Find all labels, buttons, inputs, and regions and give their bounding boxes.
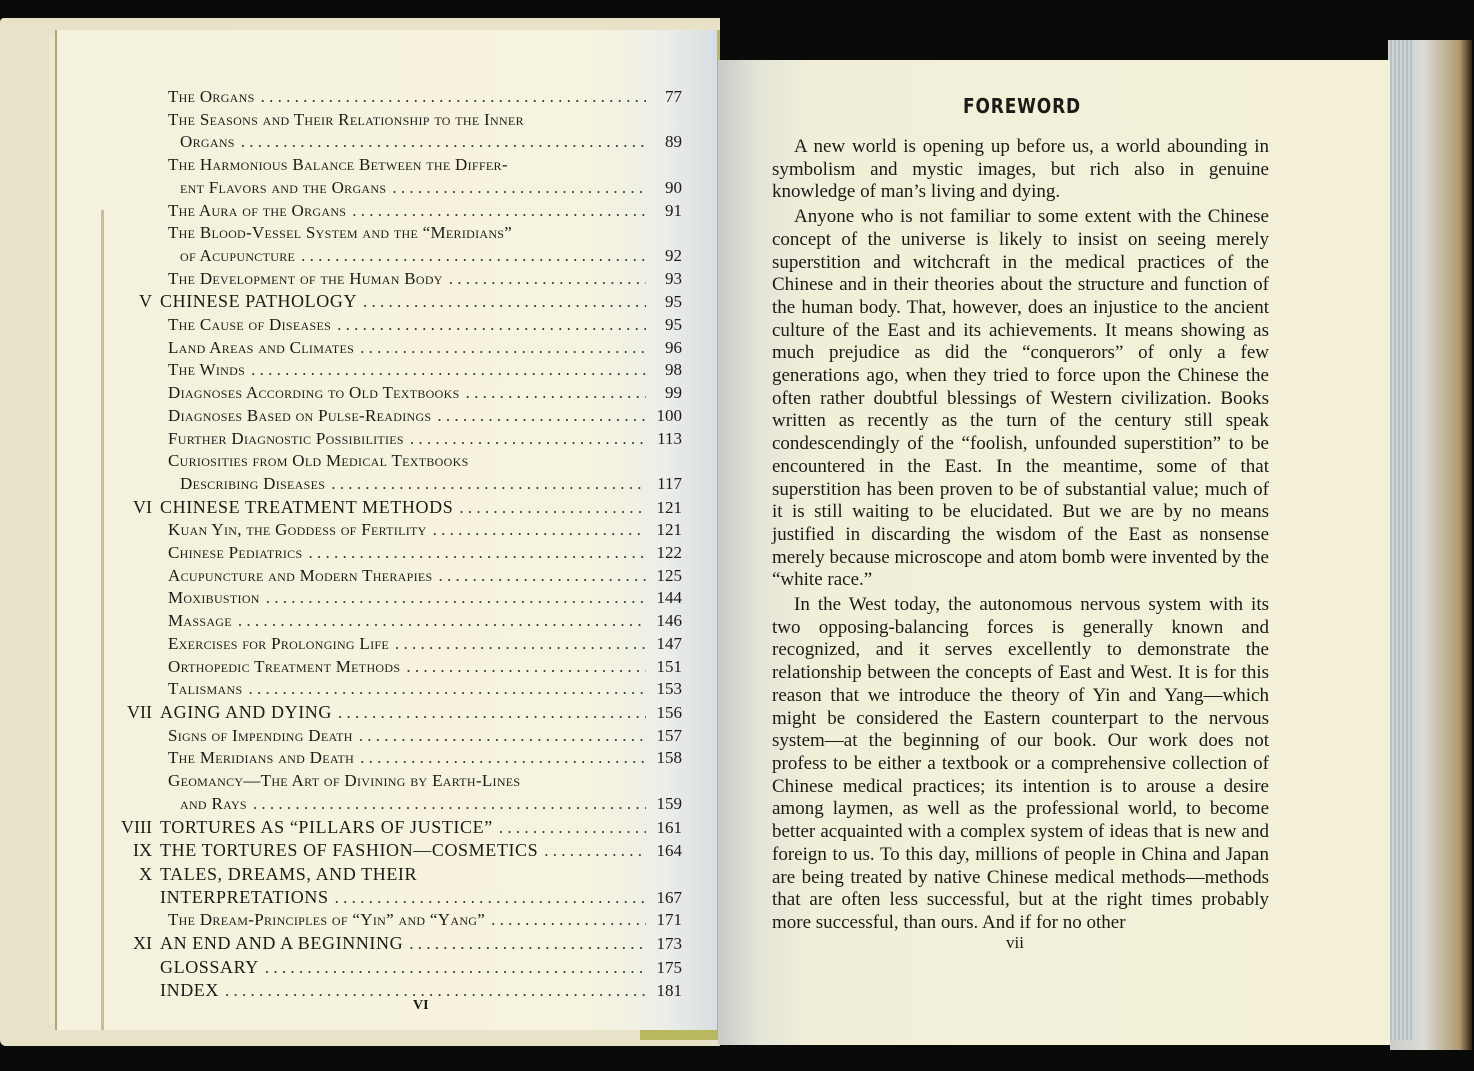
toc-title: The Organs — [160, 86, 255, 109]
toc-dot-leader — [331, 473, 646, 496]
toc-title: Land Areas and Climates — [160, 337, 354, 360]
toc-dot-leader — [449, 268, 646, 291]
toc-entry: VIIITortures as “Pillars of Justice”161 — [160, 816, 682, 840]
toc-dot-leader — [238, 610, 646, 633]
toc-dot-leader — [392, 177, 646, 200]
toc-page-number: 89 — [652, 131, 682, 154]
toc-page-number: 171 — [652, 909, 682, 932]
toc-dot-leader — [491, 909, 646, 932]
toc-entry: Talismans153 — [160, 678, 682, 701]
toc-dot-leader — [466, 382, 646, 405]
toc-page-number: 181 — [652, 980, 682, 1003]
toc-dot-leader — [337, 314, 646, 337]
toc-title: The Blood-Vessel System and the “Meridia… — [160, 222, 512, 245]
toc-entry: Describing Diseases117 — [160, 473, 682, 496]
toc-dot-leader — [253, 793, 646, 816]
toc-page-number: 159 — [652, 793, 682, 816]
toc-chapter-number: VII — [92, 701, 152, 724]
toc-entry: The Winds98 — [160, 359, 682, 382]
toc-dot-leader — [241, 131, 646, 154]
toc-title: Diagnoses According to Old Textbooks — [160, 382, 460, 405]
toc-page-number: 92 — [652, 245, 682, 268]
toc-page-number: 158 — [652, 747, 682, 770]
toc-title: Further Diagnostic Possibilities — [160, 428, 404, 451]
toc-dot-leader — [499, 817, 646, 840]
toc-page-number: 156 — [652, 702, 682, 725]
toc-page-number: 125 — [652, 565, 682, 588]
toc-page-number: 153 — [652, 678, 682, 701]
toc-title: Moxibustion — [160, 587, 260, 610]
toc-title: of Acupuncture — [160, 245, 295, 268]
toc-page-number: 121 — [652, 519, 682, 542]
toc-page-number: 90 — [652, 177, 682, 200]
toc-title: Describing Diseases — [160, 473, 325, 496]
toc-page-number: 146 — [652, 610, 682, 633]
toc-title: Organs — [160, 131, 235, 154]
toc-dot-leader — [338, 702, 646, 725]
toc-title: The Dream-Principles of “Yin” and “Yang” — [160, 909, 485, 932]
toc-page-number: 117 — [652, 473, 682, 496]
toc-page-number: 91 — [652, 200, 682, 223]
toc-title: Talismans — [160, 678, 242, 701]
toc-entry: Chinese Pediatrics122 — [160, 542, 682, 565]
toc-page-number: 157 — [652, 725, 682, 748]
toc-entry: The Dream-Principles of “Yin” and “Yang”… — [160, 909, 682, 932]
toc-entry: Massage146 — [160, 610, 682, 633]
toc-page-number: 99 — [652, 382, 682, 405]
toc-entry: The Meridians and Death158 — [160, 747, 682, 770]
toc-page-number: 122 — [652, 542, 682, 565]
toc-entry: and Rays159 — [160, 793, 682, 816]
toc-title: Orthopedic Treatment Methods — [160, 656, 400, 679]
toc-entry: The Harmonious Balance Between the Diffe… — [160, 154, 682, 177]
toc-chapter-number: V — [92, 290, 152, 313]
toc-entry: Exercises for Prolonging Life147 — [160, 633, 682, 656]
toc-dot-leader — [225, 980, 646, 1003]
toc-title: Exercises for Prolonging Life — [160, 633, 389, 656]
toc-page-number: 164 — [652, 840, 682, 863]
toc-dot-leader — [251, 359, 646, 382]
toc-chapter-number: VI — [92, 496, 152, 519]
toc-page-number: 167 — [652, 887, 682, 910]
toc-dot-leader — [265, 957, 646, 980]
toc-entry: Curiosities from Old Medical Textbooks — [160, 450, 682, 473]
toc-title: The Development of the Human Body — [160, 268, 443, 291]
toc-page-number: 144 — [652, 587, 682, 610]
toc-page-number: 147 — [652, 633, 682, 656]
toc-entry: XTales, Dreams, and Their — [160, 863, 682, 886]
toc-dot-leader — [410, 428, 646, 451]
toc-entry: The Aura of the Organs91 — [160, 200, 682, 223]
toc-entry: ent Flavors and the Organs90 — [160, 177, 682, 200]
toc-entry: Interpretations167 — [160, 886, 682, 910]
toc-entry: XIAn End and a Beginning173 — [160, 932, 682, 956]
toc-dot-leader — [406, 656, 646, 679]
toc-title: The Winds — [160, 359, 245, 382]
toc-dot-leader — [248, 678, 646, 701]
toc-title: and Rays — [160, 793, 247, 816]
toc-dot-leader — [459, 497, 646, 520]
toc-title: Diagnoses Based on Pulse-Readings — [160, 405, 431, 428]
toc-entry: Further Diagnostic Possibilities113 — [160, 428, 682, 451]
toc-entry: Kuan Yin, the Goddess of Fertility121 — [160, 519, 682, 542]
toc-entry: The Blood-Vessel System and the “Meridia… — [160, 222, 682, 245]
foreword-heading: FOREWORD — [963, 94, 1081, 118]
toc-dot-leader — [301, 245, 646, 268]
toc-page-number: 95 — [652, 314, 682, 337]
toc-title: Interpretations — [160, 886, 329, 909]
foreword-body: A new world is opening up before us, a w… — [772, 136, 1269, 935]
toc-page-number: 98 — [652, 359, 682, 382]
toc-title: Glossary — [160, 956, 259, 979]
toc-dot-leader — [352, 200, 646, 223]
toc-chapter-number: VIII — [92, 816, 152, 839]
toc-page-number: 161 — [652, 817, 682, 840]
toc-entry: VIChinese Treatment Methods121 — [160, 496, 682, 520]
toc-chapter-number: IX — [92, 839, 152, 862]
toc-entry: of Acupuncture92 — [160, 245, 682, 268]
toc-page-number: 175 — [652, 957, 682, 980]
toc-entry: Signs of Impending Death157 — [160, 725, 682, 748]
toc-title: The Harmonious Balance Between the Diffe… — [160, 154, 508, 177]
toc-dot-leader — [308, 542, 646, 565]
foreword-paragraph: Anyone who is not familiar to some exten… — [772, 206, 1269, 592]
page-edge-line — [101, 210, 104, 1030]
toc-entry: The Cause of Diseases95 — [160, 314, 682, 337]
toc-title: Kuan Yin, the Goddess of Fertility — [160, 519, 427, 542]
toc-title: The Meridians and Death — [160, 747, 354, 770]
toc-title: Tortures as “Pillars of Justice” — [160, 816, 493, 839]
toc-page-number: 173 — [652, 933, 682, 956]
toc-title: The Seasons and Their Relationship to th… — [160, 109, 524, 132]
toc-title: ent Flavors and the Organs — [160, 177, 386, 200]
toc-entry: Acupuncture and Modern Therapies125 — [160, 565, 682, 588]
toc-entry: IXThe Tortures of Fashion—Cosmetics164 — [160, 839, 682, 863]
toc-title: Geomancy—The Art of Divining by Earth-Li… — [160, 770, 520, 793]
toc-entry: Geomancy—The Art of Divining by Earth-Li… — [160, 770, 682, 793]
toc-page-number: 95 — [652, 291, 682, 314]
toc-entry: Diagnoses Based on Pulse-Readings100 — [160, 405, 682, 428]
toc-dot-leader — [360, 747, 646, 770]
toc-dot-leader — [439, 565, 647, 588]
toc-entry: The Seasons and Their Relationship to th… — [160, 109, 682, 132]
toc-dot-leader — [363, 291, 646, 314]
toc-dot-leader — [409, 933, 646, 956]
toc-page-number: 77 — [652, 86, 682, 109]
toc-title: Index — [160, 979, 219, 1002]
toc-page-number: 113 — [652, 428, 682, 451]
toc-page-number: 93 — [652, 268, 682, 291]
toc-chapter-number: XI — [92, 932, 152, 955]
toc-title: Acupuncture and Modern Therapies — [160, 565, 433, 588]
toc-title: Chinese Treatment Methods — [160, 496, 453, 519]
page-number-left: VI — [413, 998, 429, 1014]
foreword-paragraph: A new world is opening up before us, a w… — [772, 136, 1269, 204]
toc-dot-leader — [437, 405, 646, 428]
foreword-paragraph: In the West today, the autonomous nervou… — [772, 594, 1269, 935]
toc-title: Chinese Pathology — [160, 290, 357, 313]
toc-page-number: 121 — [652, 497, 682, 520]
toc-dot-leader — [261, 86, 646, 109]
toc-title: Massage — [160, 610, 232, 633]
toc-title: Curiosities from Old Medical Textbooks — [160, 450, 469, 473]
page-number-right: vii — [1006, 933, 1024, 953]
toc-entry: Land Areas and Climates96 — [160, 337, 682, 360]
toc-title: The Tortures of Fashion—Cosmetics — [160, 839, 538, 862]
toc-entry: Moxibustion144 — [160, 587, 682, 610]
toc-title: Aging and Dying — [160, 701, 332, 724]
toc-title: Tales, Dreams, and Their — [160, 863, 417, 886]
toc-title: The Aura of the Organs — [160, 200, 346, 223]
toc-entry: VIIAging and Dying156 — [160, 701, 682, 725]
toc-page-number: 96 — [652, 337, 682, 360]
toc-dot-leader — [266, 587, 646, 610]
toc-entry: The Organs77 — [160, 86, 682, 109]
toc-dot-leader — [360, 337, 646, 360]
toc-title: The Cause of Diseases — [160, 314, 331, 337]
toc-dot-leader — [433, 519, 646, 542]
toc-entry: Diagnoses According to Old Textbooks99 — [160, 382, 682, 405]
toc-page-number: 100 — [652, 405, 682, 428]
table-of-contents: The Organs77The Seasons and Their Relati… — [160, 86, 682, 1003]
toc-entry: VChinese Pathology95 — [160, 290, 682, 314]
toc-title: Signs of Impending Death — [160, 725, 353, 748]
toc-entry: Organs89 — [160, 131, 682, 154]
toc-entry: The Development of the Human Body93 — [160, 268, 682, 291]
page-edges — [1388, 40, 1414, 1040]
toc-entry: Orthopedic Treatment Methods151 — [160, 656, 682, 679]
toc-dot-leader — [359, 725, 646, 748]
toc-entry: Glossary175 — [160, 956, 682, 980]
toc-page-number: 151 — [652, 656, 682, 679]
toc-chapter-number: X — [92, 863, 152, 886]
toc-dot-leader — [335, 887, 646, 910]
toc-title: An End and a Beginning — [160, 932, 403, 955]
toc-dot-leader — [544, 840, 646, 863]
toc-dot-leader — [395, 633, 646, 656]
toc-title: Chinese Pediatrics — [160, 542, 302, 565]
